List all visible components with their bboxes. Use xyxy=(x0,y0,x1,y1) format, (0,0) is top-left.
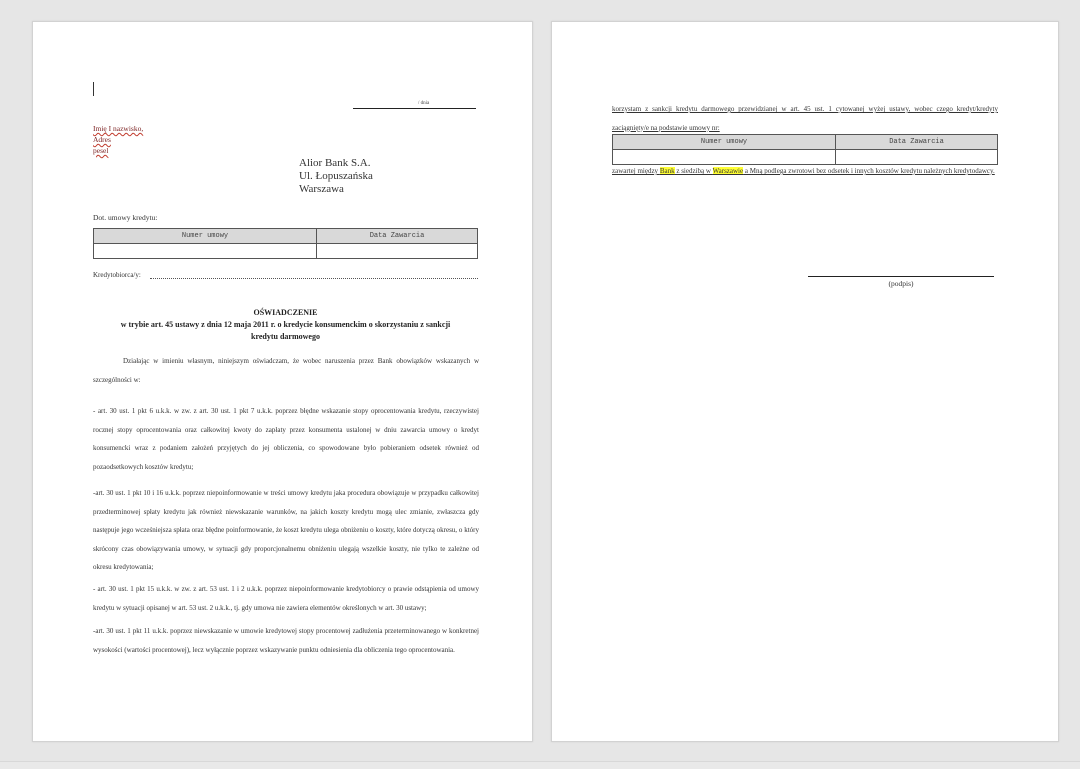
sender-address-label[interactable]: Adres xyxy=(93,134,143,145)
sender-block: Imię I nazwisko, Adres pesel xyxy=(93,123,143,156)
date-line xyxy=(353,108,476,109)
claim-paragraph: korzystam z sankcji kredytu darmowego pr… xyxy=(612,100,998,137)
violation-item-1: - art. 30 ust. 1 pkt 6 u.k.k. w zw. z ar… xyxy=(93,402,479,476)
sender-pesel-label[interactable]: pesel xyxy=(93,145,143,156)
loan-reference-label: Dot. umowy kredytu: xyxy=(93,213,157,222)
table-header-contract-number: Numer umowy xyxy=(613,135,836,150)
intro-paragraph: Działając w imieniu własnym, niniejszym … xyxy=(93,352,479,389)
borrower-fill-line xyxy=(150,278,478,279)
refund-text-c: a Mną podlega zwrotowi bez odsetek i inn… xyxy=(743,167,995,175)
recipient-address: Alior Bank S.A. Ul. Łopuszańska Warszawa xyxy=(299,157,373,196)
statement-title-block: OŚWIADCZENIE w trybie art. 45 ustawy z d… xyxy=(93,307,478,343)
document-page-1: / dnia Imię I nazwisko, Adres pesel Alio… xyxy=(32,21,533,742)
recipient-line-1: Alior Bank S.A. xyxy=(299,157,373,170)
violation-item-2: -art. 30 ust. 1 pkt 10 i 16 u.k.k. poprz… xyxy=(93,484,479,577)
highlighted-city: Warszawie xyxy=(713,167,744,175)
signature-label: (podpis) xyxy=(808,279,994,288)
violation-item-4: -art. 30 ust. 1 pkt 11 u.k.k. poprzez ni… xyxy=(93,622,479,659)
contract-table: Numer umowy Data Zawarcia xyxy=(93,228,478,259)
recipient-line-2: Ul. Łopuszańska xyxy=(299,170,373,183)
contract-date-cell[interactable] xyxy=(317,244,478,259)
highlighted-bank: Bank xyxy=(660,167,675,175)
table-header-contract-number: Numer umowy xyxy=(94,229,317,244)
text-cursor xyxy=(93,82,94,96)
statement-subtitle: w trybie art. 45 ustawy z dnia 12 maja 2… xyxy=(93,319,478,343)
refund-text-b: z siedzibą w xyxy=(675,167,713,175)
signature-line xyxy=(808,276,994,277)
document-page-2: korzystam z sankcji kredytu darmowego pr… xyxy=(551,21,1059,742)
table-header-contract-date: Data Zawarcia xyxy=(836,135,998,150)
refund-paragraph: zawartej między Bank z siedzibą w Warsza… xyxy=(612,162,998,181)
recipient-line-3: Warszawa xyxy=(299,183,373,196)
status-bar xyxy=(0,761,1080,769)
sender-name-label[interactable]: Imię I nazwisko, xyxy=(93,123,143,134)
table-row xyxy=(94,244,478,259)
contract-number-cell[interactable] xyxy=(94,244,317,259)
violation-item-3: - art. 30 ust. 1 pkt 15 u.k.k. w zw. z a… xyxy=(93,580,479,617)
date-label: / dnia xyxy=(418,101,429,106)
contract-table-page-2: Numer umowy Data Zawarcia xyxy=(612,134,998,165)
statement-title: OŚWIADCZENIE xyxy=(93,307,478,319)
table-header-contract-date: Data Zawarcia xyxy=(317,229,478,244)
refund-text-a: zawartej między xyxy=(612,167,660,175)
